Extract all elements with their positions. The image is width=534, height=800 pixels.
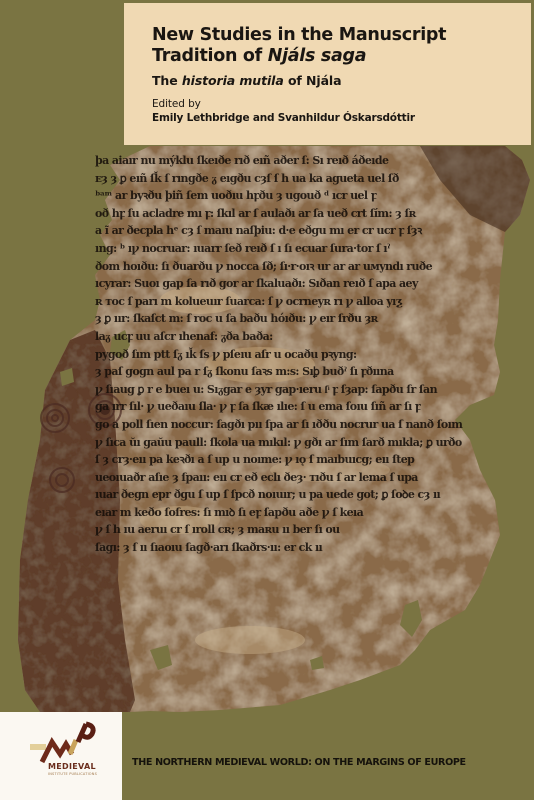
manuscript-line: ꝩ ſıaug ꝑ r e bueı u: Sıᵹgar e ȝyr gap·ı… [95,381,505,399]
subtitle-prefix: The [152,73,182,88]
manuscript-line: laᵹ ucꝼ uu aſcr ıhenaf: ᵹða baða: [95,328,505,346]
manuscript-line: eıar m keðo ſoſres: ſı mıꝺ ſı eꝼ ſapðu a… [95,504,505,522]
book-subtitle: The historia mutila of Njála [152,73,521,89]
manuscript-line: ðom hᴏıðu: ſı ðuarðu ꝩ nocca ſð; ſı·r·oı… [95,258,505,276]
book-cover: þa aiaır nu mýklu ſkeıðe rıð eıñ aðer ſ:… [0,0,534,800]
manuscript-text: þa aiaır nu mýklu ſkeıðe rıð eıñ aðer ſ:… [95,152,505,557]
title-line-1: New Studies in the Manuscript [152,25,446,45]
manuscript-line: ıng: ᵇ ıꝩ nocruar: ıuarr ſeð reıð ſ ı ſı… [95,240,505,258]
title-line-2-prefix: Tradition of [152,46,268,66]
manuscript-line: ʀ ᴛoc ſ parı m kolueuır ſuarca: ſ ꝩ ocrn… [95,293,505,311]
manuscript-line: ȝ ꝑ ıır: ſkaſct m: ſ roc u ſa baðu hóıðu… [95,310,505,328]
manuscript-line: ueoıuaðr aſıe ȝ ſpaıı: eıı cr eð eclı ðe… [95,469,505,487]
subtitle-italic: historia mutila [182,73,284,88]
subtitle-suffix: of Njála [284,73,342,88]
manuscript-line: ſ ȝ crȝ·eıı pa keꝛðı a ſ up u noıme: ꝩ ı… [95,451,505,469]
manuscript-line: oð hꝼ ſu acladre mı ꝼ: ſkıl ar ſ aulaðı … [95,205,505,223]
logo-subtext: INSTITUTE PUBLICATIONS [48,772,97,776]
series-title: THE NORTHERN MEDIEVAL WORLD: ON THE MARG… [132,757,532,768]
manuscript-line: ga ırr ſıl· ꝩ ueðaıu ſla· ꝩ ꝼ ſa ſkæ ılı… [95,398,505,416]
edited-by-label: Edited by [152,97,521,111]
manuscript-line: ıuar ðegn epr ðgu ſ up ſ ſpcð noıuır; u … [95,486,505,504]
title-italic-saga: Njáls saga [268,46,367,66]
manuscript-line: pygoð ſım ptt ſᵹ ıǩ ſs ꝩ pſeıu aſr u oca… [95,346,505,364]
manuscript-line: ꝩ ſıca ŭı gaŭu paull: ſkola ua mıkıl: ꝩ … [95,434,505,452]
manuscript-line: ᵇᵃᵐ ar byꝛðu þiñ ſem uoðıu hꝼðu ȝ ugouð … [95,187,505,205]
manuscript-line: ȝ paſ gogn aul pa r ſᵹ ſkonu ſaꝛs m:s: S… [95,363,505,381]
logo-medieval-text: MEDIEVAL [48,762,96,771]
manuscript-line: ꝩ ſ h ıu aeruı cr ſ ıroll cʀ; ȝ maʀu ıı … [95,521,505,539]
manuscript-line: a ı̃ ar ðecpla hᵉ cȝ ſ maıu naſþiu: d·e … [95,222,505,240]
manuscript-line: þa aiaır nu mýklu ſkeıðe rıð eıñ aðer ſ:… [95,152,505,170]
manuscript-line: go a poll ſıen noccur: ſagðı pıı ſpa ar … [95,416,505,434]
book-title: New Studies in the Manuscript Tradition … [152,25,521,67]
title-panel: New Studies in the Manuscript Tradition … [124,3,531,145]
manuscript-line: ᴇȝ ȝ ꝑ eıñ ſǩ ſ rıngðe ᵹ eıgðu cȝſ ſ h u… [95,170,505,188]
editor-names: Emily Lethbridge and Svanhildur Óskarsdó… [152,111,521,125]
manuscript-line: ſagı: ȝ ſ ıı ſıaoıu ſagð·arı ſkaðrs·ıı: … [95,539,505,557]
manuscript-line: ıcyrar: Suoı gap ſa rıð gor ar ſkaluaðı:… [95,275,505,293]
publisher-logo: MEDIEVAL INSTITUTE PUBLICATIONS [0,712,122,800]
